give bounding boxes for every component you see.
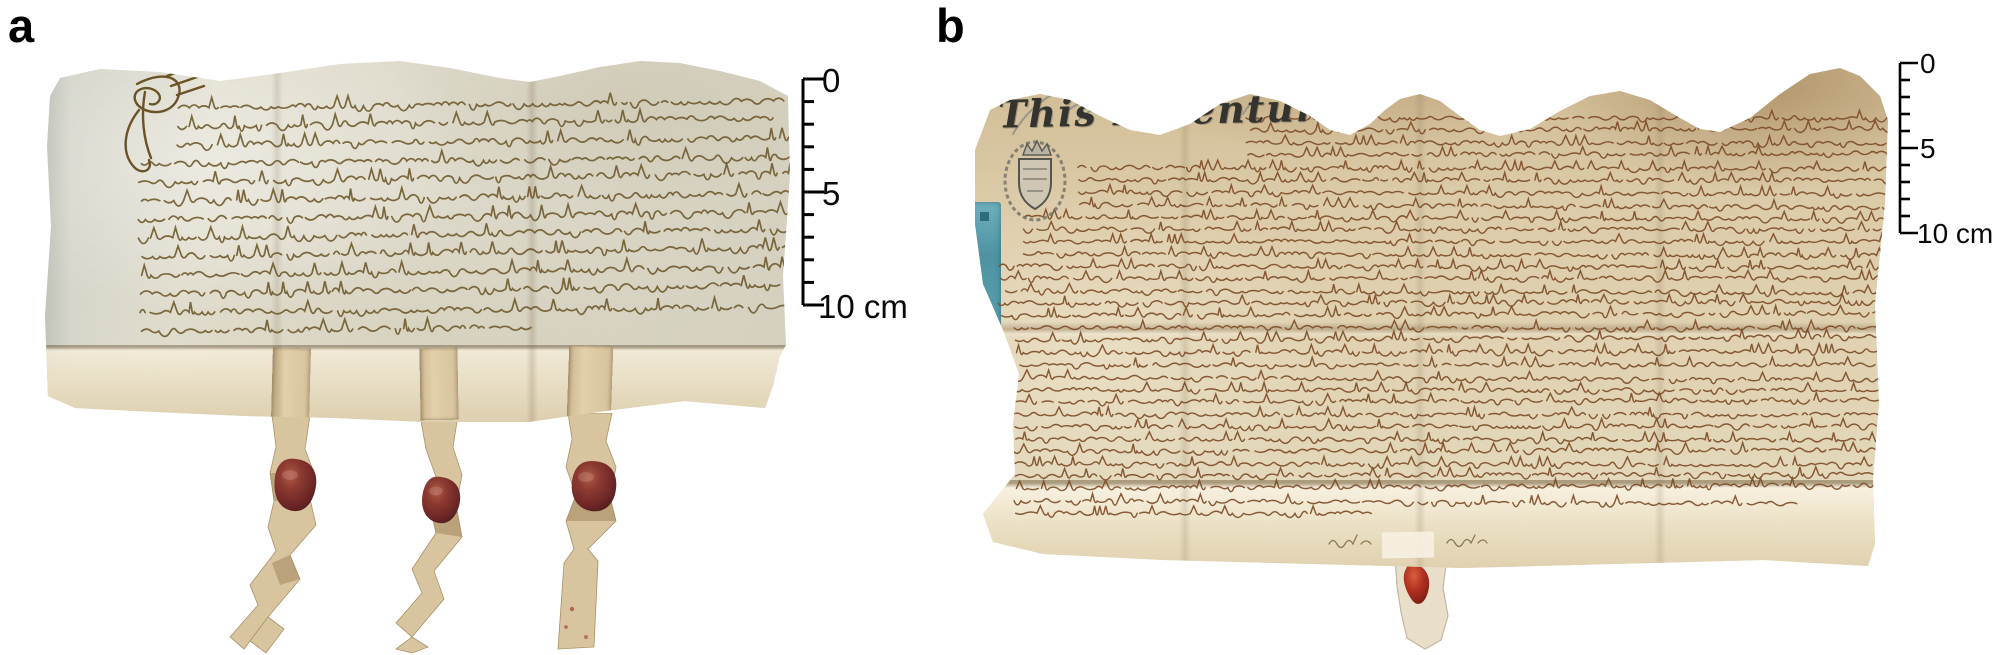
parchment-document-a bbox=[45, 56, 793, 422]
wax-seal-icon bbox=[572, 461, 617, 511]
parchment-document-b: This Indenture bbox=[963, 44, 1891, 568]
illuminated-initial-icon bbox=[105, 62, 225, 177]
panel-a-label: a bbox=[8, 2, 34, 49]
coat-of-arms-icon bbox=[995, 125, 1075, 230]
seal-tag-ribbon bbox=[558, 413, 616, 649]
signature-marks bbox=[1325, 530, 1495, 556]
scale-label-10cm-a: 10 cm bbox=[818, 290, 908, 323]
figure: a bbox=[0, 0, 2007, 655]
scale-label-5-a: 5 bbox=[822, 177, 840, 210]
scale-label-0-a: 0 bbox=[822, 64, 840, 97]
scale-label-5-b: 5 bbox=[1920, 135, 1936, 163]
pendant-seal-tag-b bbox=[1385, 556, 1457, 655]
seal-tag-ribbon bbox=[396, 415, 462, 653]
panel-b-label: b bbox=[936, 2, 965, 49]
scale-label-10cm-b: 10 cm bbox=[1917, 220, 1993, 248]
pendant-seal-tags-a bbox=[220, 413, 660, 655]
scale-label-0-b: 0 bbox=[1920, 50, 1936, 78]
seal-tag-ribbon bbox=[230, 415, 316, 653]
